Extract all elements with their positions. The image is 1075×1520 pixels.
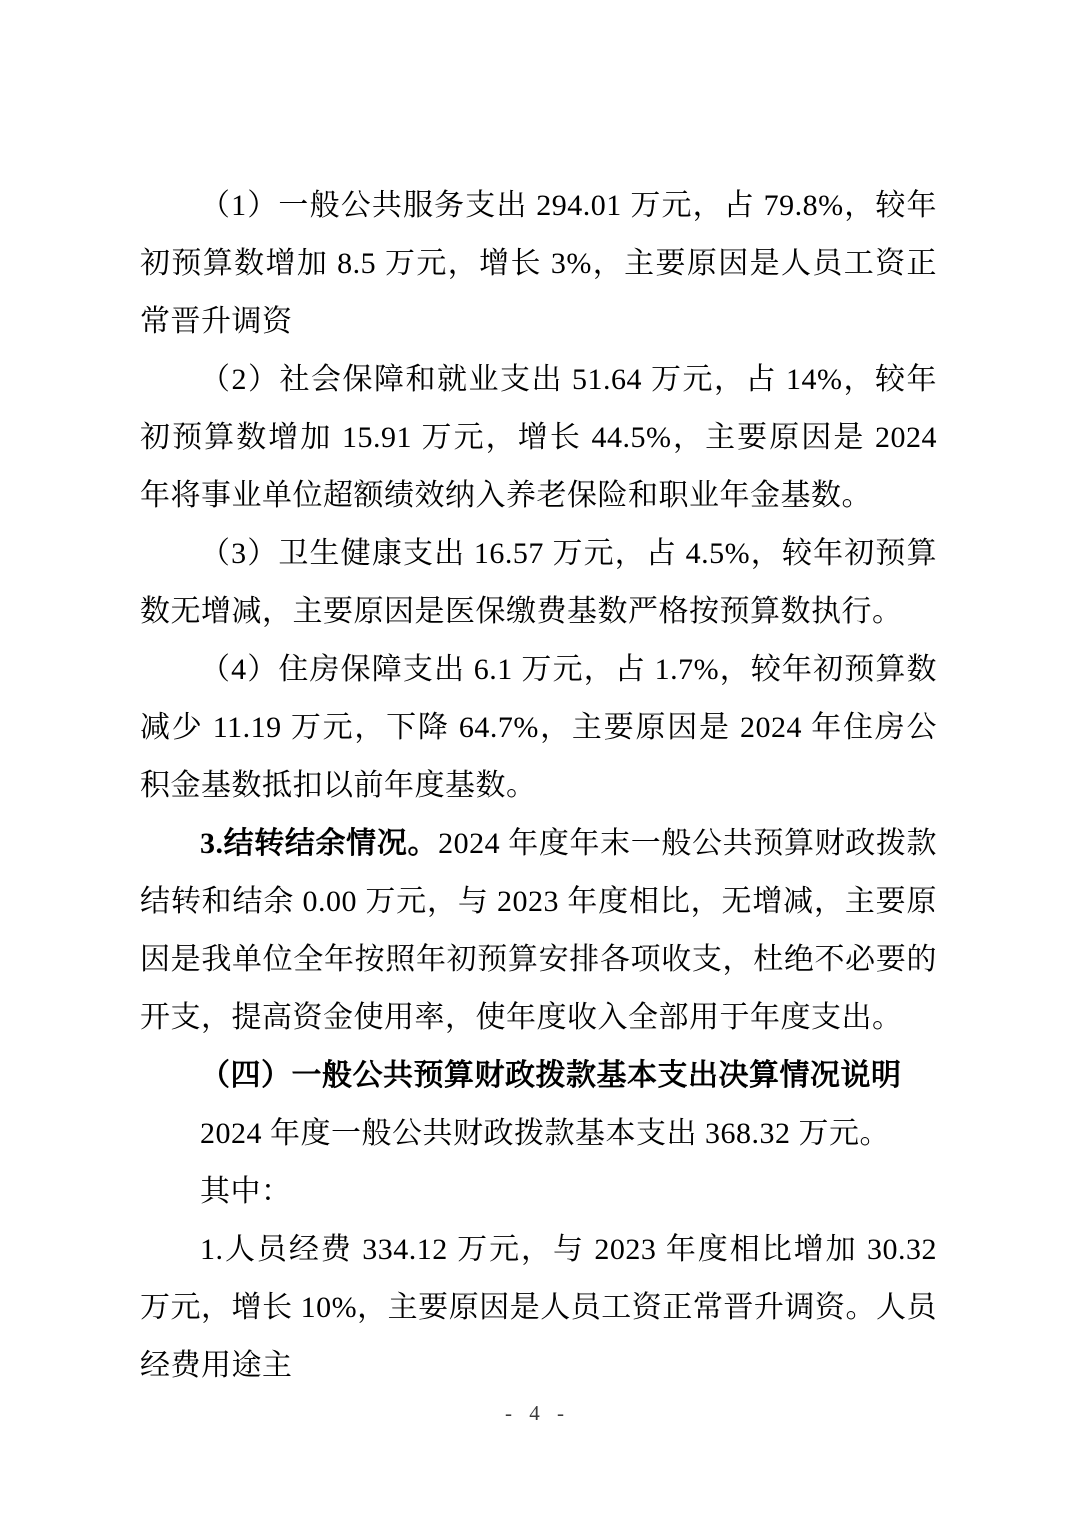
bold-text-run: （四）一般公共预算财政拨款基本支出决算情况说明 [200, 1059, 902, 1092]
paragraph: （四）一般公共预算财政拨款基本支出决算情况说明 [140, 1047, 937, 1105]
document-body: （1）一般公共服务支出 294.01 万元，占 79.8%，较年初预算数增加 8… [140, 177, 937, 1395]
paragraph: 3.结转结余情况。2024 年度年末一般公共预算财政拨款结转和结余 0.00 万… [140, 815, 937, 1047]
paragraph: （2）社会保障和就业支出 51.64 万元，占 14%，较年初预算数增加 15.… [140, 351, 937, 525]
text-run: 1.人员经费 334.12 万元，与 2023 年度相比增加 30.32 万元，… [140, 1233, 937, 1382]
text-run: 2024 年度一般公共财政拨款基本支出 368.32 万元。 [200, 1117, 890, 1150]
text-run: （4）住房保障支出 6.1 万元，占 1.7%，较年初预算数减少 11.19 万… [140, 653, 937, 802]
bold-text-run: 3.结转结余情况。 [200, 827, 438, 860]
document-page: （1）一般公共服务支出 294.01 万元，占 79.8%，较年初预算数增加 8… [0, 0, 1075, 1520]
text-run: 其中： [200, 1175, 292, 1208]
paragraph: （4）住房保障支出 6.1 万元，占 1.7%，较年初预算数减少 11.19 万… [140, 641, 937, 815]
paragraph: 1.人员经费 334.12 万元，与 2023 年度相比增加 30.32 万元，… [140, 1221, 937, 1395]
page-footer: - 4 - [0, 1398, 1075, 1428]
page-number: - 4 - [505, 1401, 570, 1425]
paragraph: 2024 年度一般公共财政拨款基本支出 368.32 万元。 [140, 1105, 937, 1163]
paragraph: （1）一般公共服务支出 294.01 万元，占 79.8%，较年初预算数增加 8… [140, 177, 937, 351]
paragraph: 其中： [140, 1163, 937, 1221]
text-run: （1）一般公共服务支出 294.01 万元，占 79.8%，较年初预算数增加 8… [140, 189, 937, 338]
paragraph: （3）卫生健康支出 16.57 万元，占 4.5%，较年初预算数无增减，主要原因… [140, 525, 937, 641]
text-run: （2）社会保障和就业支出 51.64 万元，占 14%，较年初预算数增加 15.… [140, 363, 937, 512]
text-run: （3）卫生健康支出 16.57 万元，占 4.5%，较年初预算数无增减，主要原因… [140, 537, 937, 628]
